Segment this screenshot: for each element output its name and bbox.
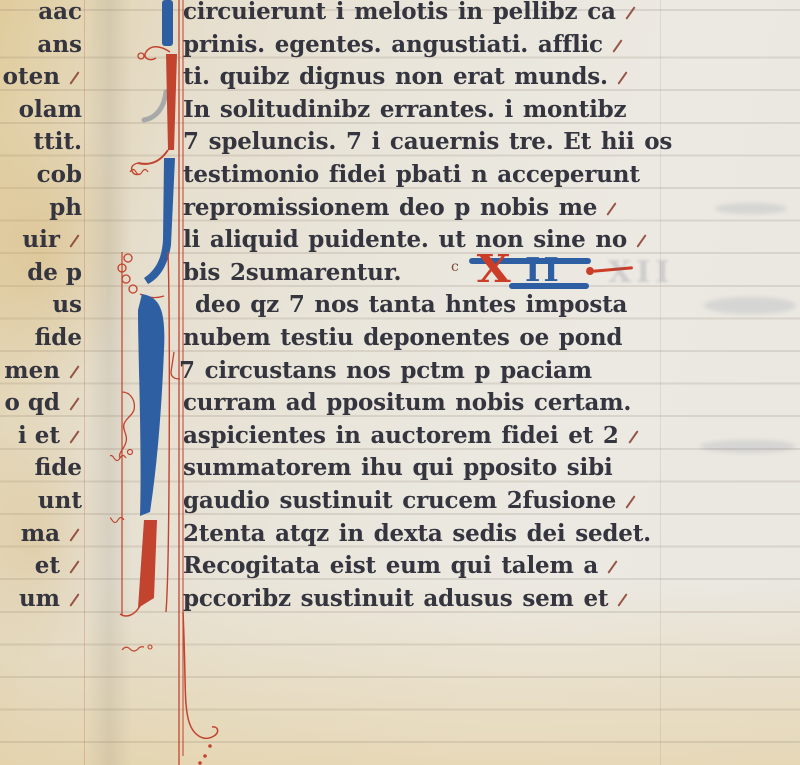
text-line: nubem testiu deponentes oe pond bbox=[183, 322, 768, 355]
text-line: testimonio fidei pbati n acceperunt bbox=[183, 159, 768, 192]
chapter-number: X II bbox=[475, 257, 615, 289]
text-line-text: ma bbox=[21, 520, 60, 547]
text-line: Recogitata eist eum qui talem a bbox=[183, 550, 768, 583]
text-line: 2tenta atqz in dexta sedis dei sedet. bbox=[183, 518, 768, 551]
text-line-text: pccoribz sustinuit adusus sem et bbox=[183, 585, 608, 612]
line-filler-stroke bbox=[69, 528, 79, 541]
text-line-text: oten bbox=[3, 63, 60, 90]
text-line-text: Recogitata eist eum qui talem a bbox=[183, 552, 598, 579]
line-filler-stroke bbox=[607, 202, 617, 215]
text-line: aac bbox=[0, 0, 102, 29]
text-line: bis 2sumarentur. c X II XII bbox=[183, 257, 768, 290]
text-line: ti. quibz dignus non erat munds. bbox=[183, 61, 768, 94]
text-line-text: ans bbox=[37, 31, 82, 58]
text-line-text: repromissionem deo p nobis me bbox=[183, 194, 597, 221]
text-line-text: bis 2sumarentur. bbox=[183, 259, 401, 286]
text-line: olam bbox=[0, 94, 102, 127]
left-text-column: aac ans oten olam ttit. cob ph uir de p … bbox=[0, 0, 102, 615]
line-filler-stroke bbox=[69, 560, 79, 573]
text-line: et bbox=[0, 550, 102, 583]
text-line-text: aac bbox=[38, 0, 82, 25]
text-line: fide bbox=[0, 322, 102, 355]
text-line-text: summatorem ihu qui pposito sibi bbox=[183, 454, 613, 481]
chapter-bar-decoration bbox=[509, 283, 589, 289]
text-line-text: um bbox=[19, 585, 60, 612]
text-line: gaudio sustinuit crucem 2fusione bbox=[183, 485, 768, 518]
text-line: cob bbox=[0, 159, 102, 192]
text-line-text: ttit. bbox=[33, 128, 82, 155]
text-line-text: unt bbox=[38, 487, 82, 514]
text-line: fide bbox=[0, 452, 102, 485]
text-line: men bbox=[0, 355, 102, 388]
paragraph-mark: c bbox=[451, 260, 459, 274]
text-line-text: et bbox=[35, 552, 60, 579]
line-filler-stroke bbox=[618, 593, 628, 606]
text-line: ph bbox=[0, 192, 102, 225]
text-line-text: nubem testiu deponentes oe pond bbox=[183, 324, 622, 351]
text-line-text: uir bbox=[22, 226, 60, 253]
text-line-text: 2tenta atqz in dexta sedis dei sedet. bbox=[183, 520, 651, 547]
text-line: o qd bbox=[0, 387, 102, 420]
text-line-text: fide bbox=[35, 454, 82, 481]
text-line: ma bbox=[0, 518, 102, 551]
line-filler-stroke bbox=[628, 430, 638, 443]
text-line: curram ad ppositum nobis certam. bbox=[183, 387, 768, 420]
text-line-text: ph bbox=[49, 194, 82, 221]
text-line: circuierunt i melotis in pellibz ca bbox=[183, 0, 768, 29]
text-line: ttit. bbox=[0, 126, 102, 159]
text-line-text: deo qz 7 nos tanta hntes imposta bbox=[195, 291, 627, 318]
text-line-text: circuierunt i melotis in pellibz ca bbox=[183, 0, 616, 25]
text-line: oten bbox=[0, 61, 102, 94]
text-line: ans bbox=[0, 29, 102, 62]
text-line: de p bbox=[0, 257, 102, 290]
text-line: repromissionem deo p nobis me bbox=[183, 192, 768, 225]
text-line-text: gaudio sustinuit crucem 2fusione bbox=[183, 487, 616, 514]
chapter-numeral-x: X bbox=[477, 250, 511, 288]
chapter-numeral-ii: II bbox=[525, 253, 562, 286]
text-line-text: prinis. egentes. angustiati. afflic bbox=[183, 31, 603, 58]
text-line: aspicientes in auctorem fidei et 2 bbox=[183, 420, 768, 453]
line-filler-stroke bbox=[69, 71, 79, 84]
manuscript-leaf-photo: aac ans oten olam ttit. cob ph uir de p … bbox=[0, 0, 800, 765]
text-line-text: us bbox=[52, 291, 82, 318]
text-line-text: testimonio fidei pbati n acceperunt bbox=[183, 161, 640, 188]
line-filler-stroke bbox=[625, 6, 635, 19]
text-line: summatorem ihu qui pposito sibi bbox=[183, 452, 768, 485]
line-filler-stroke bbox=[69, 593, 79, 606]
text-line-text: fide bbox=[35, 324, 82, 351]
text-line-text: cob bbox=[37, 161, 82, 188]
text-line-text: men bbox=[4, 357, 60, 384]
text-line: In solitudinibz errantes. i montibz bbox=[183, 94, 768, 127]
line-filler-stroke bbox=[69, 365, 79, 378]
text-line-text: ti. quibz dignus non erat munds. bbox=[183, 63, 608, 90]
line-filler-stroke bbox=[69, 397, 79, 410]
line-filler-stroke bbox=[608, 560, 618, 573]
text-line-text: aspicientes in auctorem fidei et 2 bbox=[183, 422, 619, 449]
text-line-text: 7 speluncis. 7 i cauernis tre. Et hii os bbox=[183, 128, 672, 155]
line-filler-stroke bbox=[636, 234, 646, 247]
text-line-text: olam bbox=[19, 96, 82, 123]
offset-ghost-numeral: XII bbox=[608, 257, 674, 290]
text-line: uir bbox=[0, 224, 102, 257]
line-filler-stroke bbox=[69, 234, 79, 247]
line-filler-stroke bbox=[625, 495, 635, 508]
text-line: um bbox=[0, 583, 102, 616]
text-line-text: 7 circustans nos pctm p paciam bbox=[179, 357, 592, 384]
text-line: prinis. egentes. angustiati. afflic bbox=[183, 29, 768, 62]
text-line: deo qz 7 nos tanta hntes imposta bbox=[183, 289, 768, 322]
text-line-text: In solitudinibz errantes. i montibz bbox=[183, 96, 626, 123]
main-text-column: circuierunt i melotis in pellibz ca prin… bbox=[183, 0, 768, 615]
line-filler-stroke bbox=[617, 71, 627, 84]
text-line: pccoribz sustinuit adusus sem et bbox=[183, 583, 768, 616]
text-line-text: de p bbox=[27, 259, 82, 286]
line-filler-stroke bbox=[612, 39, 622, 52]
text-line: i et bbox=[0, 420, 102, 453]
text-line-text: o qd bbox=[4, 389, 60, 416]
text-line: 7 circustans nos pctm p paciam bbox=[179, 355, 768, 388]
text-line-text: i et bbox=[18, 422, 60, 449]
line-filler-stroke bbox=[69, 430, 79, 443]
text-line: unt bbox=[0, 485, 102, 518]
text-line-text: curram ad ppositum nobis certam. bbox=[183, 389, 631, 416]
text-line: li aliquid puidente. ut non sine no bbox=[183, 224, 768, 257]
text-line: us bbox=[0, 289, 102, 322]
text-line: 7 speluncis. 7 i cauernis tre. Et hii os bbox=[183, 126, 768, 159]
